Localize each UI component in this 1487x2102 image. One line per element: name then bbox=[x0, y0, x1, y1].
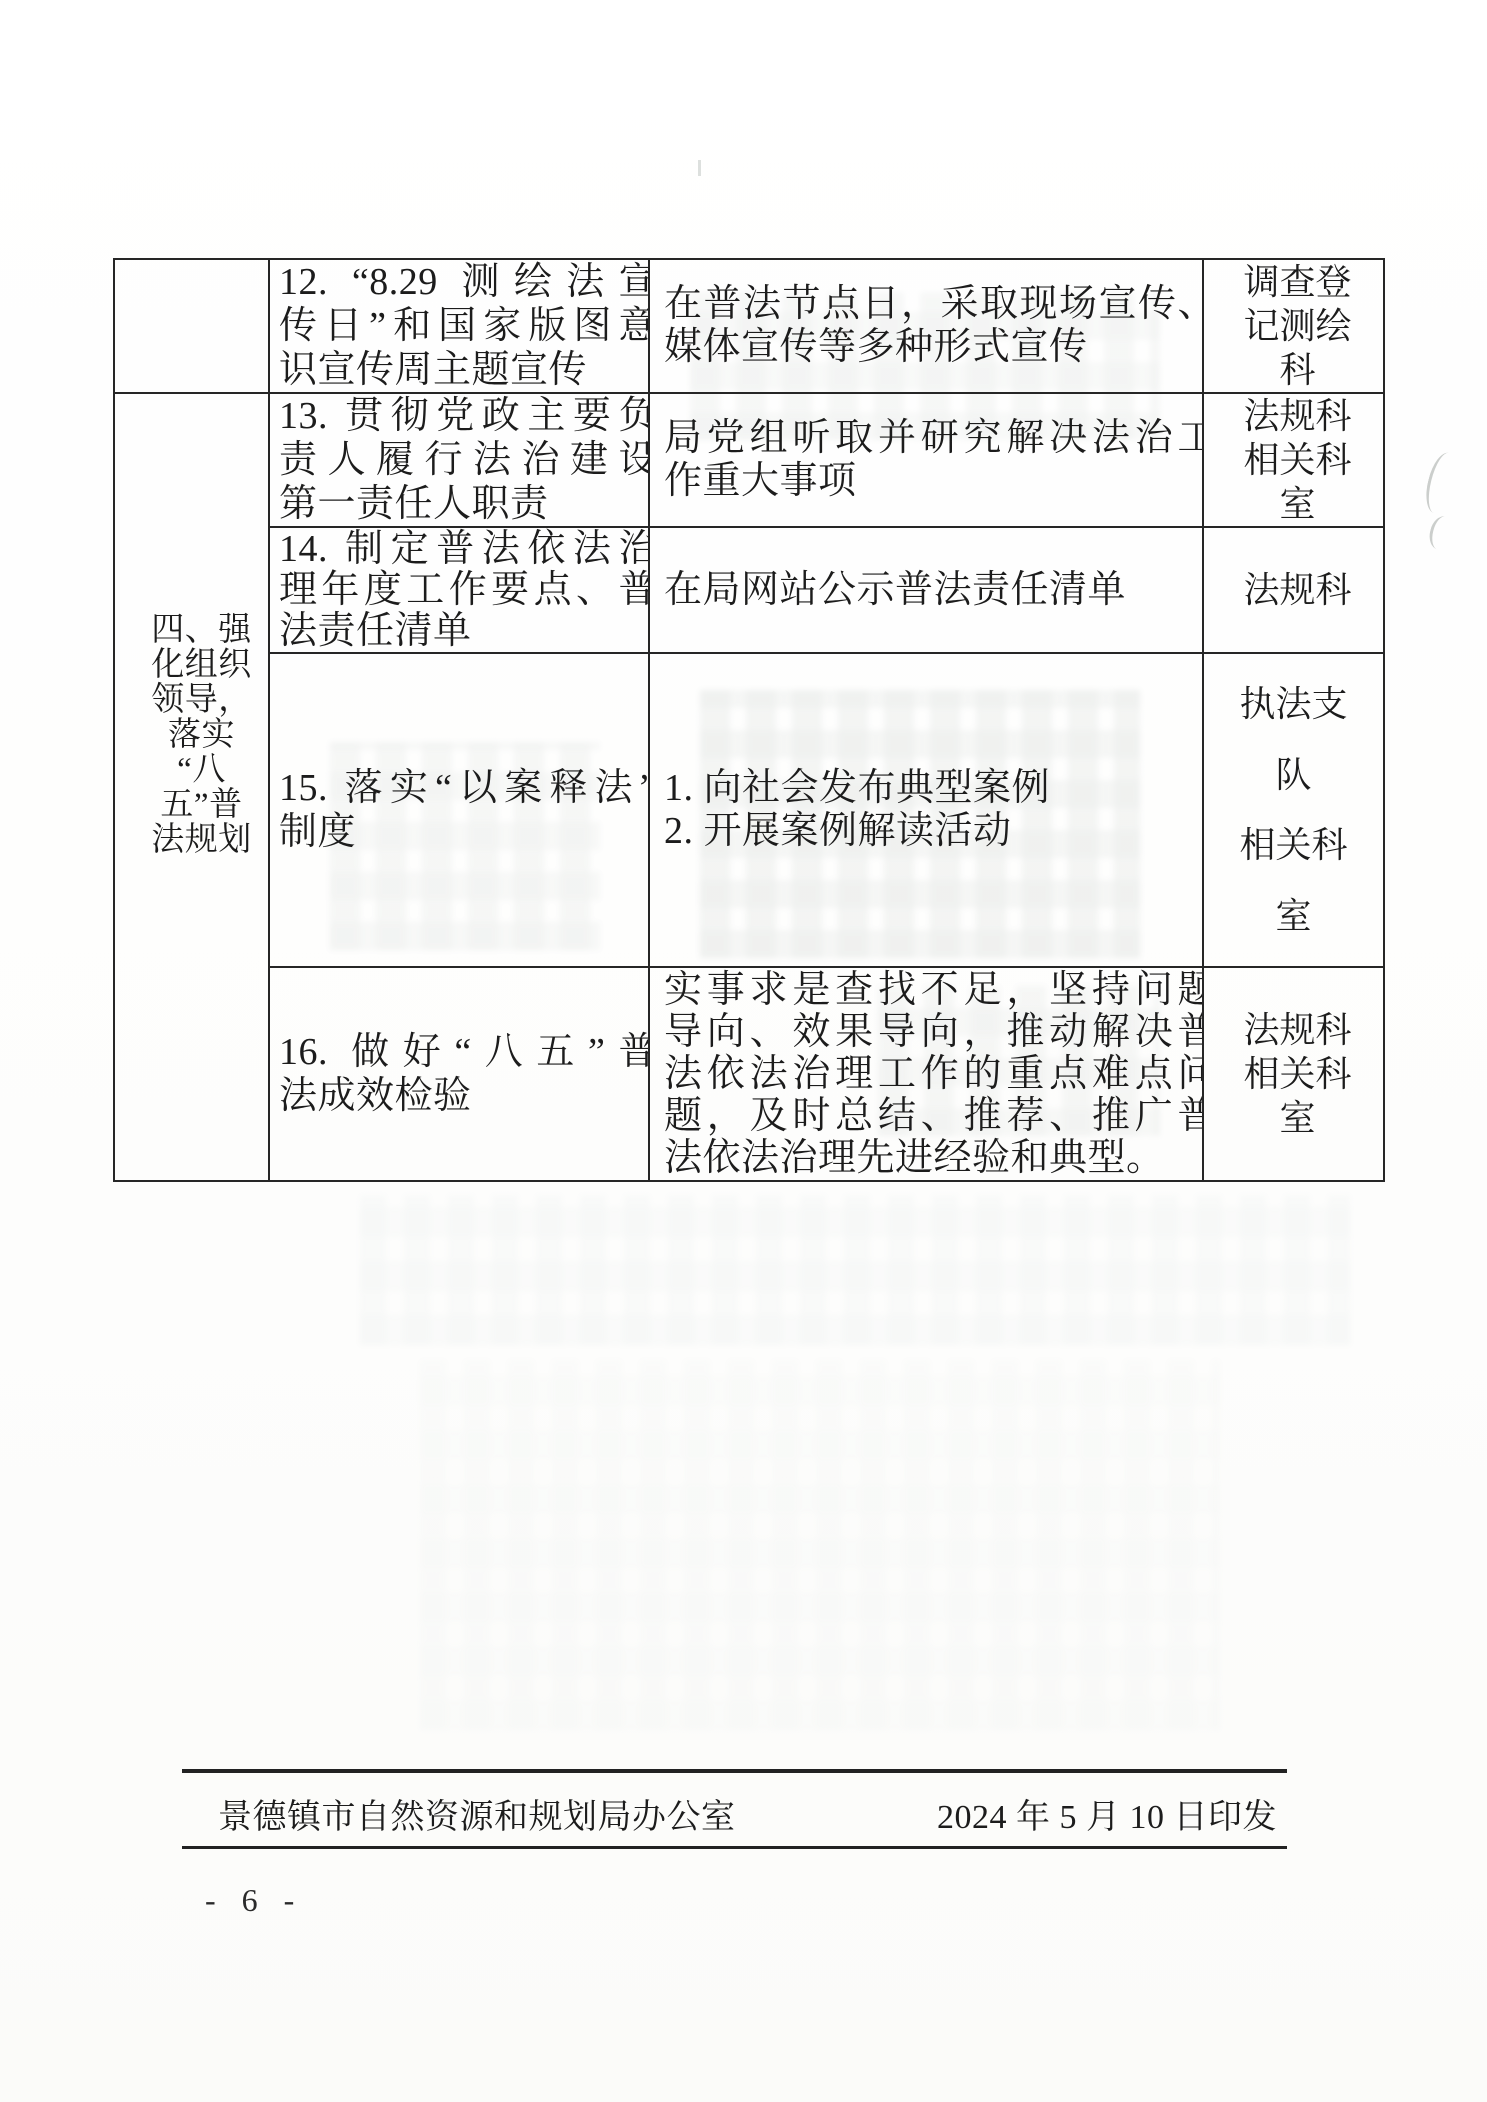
footer-print-date: 2024 年 5 月 10 日印发 bbox=[937, 1789, 1277, 1838]
task-text: 16. 做好“八五”普法成效检验 bbox=[270, 1030, 649, 1118]
margin-mark bbox=[1421, 450, 1462, 517]
bleed-through-artifact bbox=[420, 1360, 1220, 1730]
department-text: 法规科相关科室 bbox=[1204, 1008, 1384, 1140]
section-title: 四、强化组织领导，落实“八五”普法规划 bbox=[115, 613, 269, 858]
department-text: 法规科 bbox=[1204, 568, 1384, 612]
section-rowspan-cell: 四、强化组织领导，落实“八五”普法规划 bbox=[114, 393, 269, 1181]
task-text: 12. “8.29 测绘法宣传日”和国家版图意识宣传周主题宣传 bbox=[270, 260, 649, 392]
task-text: 14. 制定普法依法治理年度工作要点、普法责任清单 bbox=[270, 529, 649, 652]
department-cell-13: 法规科相关科室 bbox=[1203, 393, 1384, 527]
task-cell-15: 15. 落实“以案释法”制度 bbox=[269, 653, 649, 967]
table-row-15: 15. 落实“以案释法”制度 1. 向社会发布典型案例2. 开展案例解读活动 执… bbox=[114, 653, 1384, 967]
measure-text: 在局网站公示普法责任清单 bbox=[650, 569, 1203, 612]
task-text: 15. 落实“以案释法”制度 bbox=[270, 766, 649, 854]
work-plan-table: 12. “8.29 测绘法宣传日”和国家版图意识宣传周主题宣传 在普法节点日，采… bbox=[113, 258, 1385, 1182]
scan-speck bbox=[698, 160, 701, 176]
department-text: 调查登记测绘科 bbox=[1204, 260, 1384, 392]
scanned-document-page: 12. “8.29 测绘法宣传日”和国家版图意识宣传周主题宣传 在普法节点日，采… bbox=[0, 0, 1487, 2102]
measure-cell-12: 在普法节点日，采取现场宣传、媒体宣传等多种形式宣传 bbox=[649, 259, 1203, 393]
table-row-13: 四、强化组织领导，落实“八五”普法规划 13. 贯彻党政主要负责人履行法治建设第… bbox=[114, 393, 1384, 527]
task-cell-14: 14. 制定普法依法治理年度工作要点、普法责任清单 bbox=[269, 527, 649, 653]
bleed-through-artifact bbox=[360, 1195, 1350, 1345]
page-number: - 6 - bbox=[205, 1882, 303, 1919]
measure-text: 在普法节点日，采取现场宣传、媒体宣传等多种形式宣传 bbox=[650, 283, 1203, 369]
measure-text: 实事求是查找不足，坚持问题导向、效果导向，推动解决普法依法治理工作的重点难点问题… bbox=[650, 969, 1203, 1179]
footer-issuer: 景德镇市自然资源和规划局办公室 bbox=[218, 1789, 736, 1838]
footer-rule-top bbox=[182, 1769, 1287, 1773]
measure-cell-14: 在局网站公示普法责任清单 bbox=[649, 527, 1203, 653]
measure-cell-16: 实事求是查找不足，坚持问题导向、效果导向，推动解决普法依法治理工作的重点难点问题… bbox=[649, 967, 1203, 1181]
measure-text: 局党组听取并研究解决法治工作重大事项 bbox=[650, 417, 1203, 503]
task-text: 13. 贯彻党政主要负责人履行法治建设第一责任人职责 bbox=[270, 394, 649, 526]
department-text: 法规科相关科室 bbox=[1204, 394, 1384, 526]
footer: 景德镇市自然资源和规划局办公室 2024 年 5 月 10 日印发 bbox=[182, 1789, 1287, 1838]
department-cell-16: 法规科相关科室 bbox=[1203, 967, 1384, 1181]
table-row-14: 14. 制定普法依法治理年度工作要点、普法责任清单 在局网站公示普法责任清单 法… bbox=[114, 527, 1384, 653]
task-cell-12: 12. “8.29 测绘法宣传日”和国家版图意识宣传周主题宣传 bbox=[269, 259, 649, 393]
department-text: 执法支队相关科室 bbox=[1204, 656, 1383, 964]
margin-mark bbox=[1426, 514, 1457, 553]
measure-cell-15: 1. 向社会发布典型案例2. 开展案例解读活动 bbox=[649, 653, 1203, 967]
footer-rule-bottom bbox=[182, 1846, 1287, 1849]
measure-text: 1. 向社会发布典型案例2. 开展案例解读活动 bbox=[650, 767, 1203, 853]
department-cell-12: 调查登记测绘科 bbox=[1203, 259, 1384, 393]
task-cell-16: 16. 做好“八五”普法成效检验 bbox=[269, 967, 649, 1181]
task-cell-13: 13. 贯彻党政主要负责人履行法治建设第一责任人职责 bbox=[269, 393, 649, 527]
table-row-12: 12. “8.29 测绘法宣传日”和国家版图意识宣传周主题宣传 在普法节点日，采… bbox=[114, 259, 1384, 393]
department-cell-14: 法规科 bbox=[1203, 527, 1384, 653]
table-row-16: 16. 做好“八五”普法成效检验 实事求是查找不足，坚持问题导向、效果导向，推动… bbox=[114, 967, 1384, 1181]
measure-cell-13: 局党组听取并研究解决法治工作重大事项 bbox=[649, 393, 1203, 527]
section-cell-empty bbox=[114, 259, 269, 393]
department-cell-15: 执法支队相关科室 bbox=[1203, 653, 1384, 967]
